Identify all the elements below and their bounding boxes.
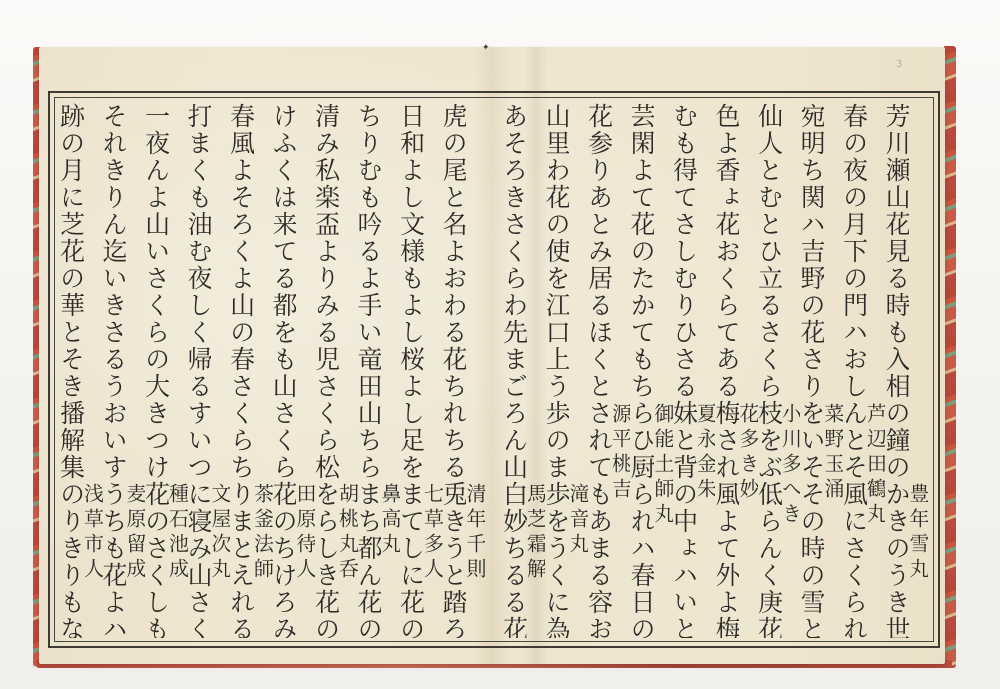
open-book-spread: ✦ 3 豊年雪丸 芳川瀬山花見る時も入相の鐘のかきのうき世ちりりる 芦辺田鶴丸 … — [39, 47, 945, 664]
right-sig-7: 御能土師丸 — [654, 103, 673, 638]
left-sig-10: 浅草市人 — [84, 103, 103, 638]
right-verse-1: 芳川瀬山花見る時も入相の鐘のかきのうき世ちりりる — [885, 103, 909, 638]
right-sig-10: 馬芝霜解 — [527, 103, 546, 638]
left-verse-3: ちりむも吟るよ手い竜田山ちらまち都ん花のちくう雲 — [358, 103, 382, 638]
left-verse-7: 打まくも油む夜しく帰るすいつに寝み山さくらて戸 — [188, 103, 212, 638]
left-verse-4: 清み私楽盃よりみる児さくら松をらしき花の良ろ歩 — [315, 103, 339, 638]
left-verse-2: 日和よし文様もよし桜よし足をまてしに花のこよし野 — [400, 103, 424, 638]
book-scan: ✦ 3 豊年雪丸 芳川瀬山花見る時も入相の鐘のかきのうき世ちりりる 芦辺田鶴丸 … — [0, 0, 1000, 689]
right-verse-6: むも得てさしむりひさる妹と背の中ょハいとふ花の杯ゝくり — [673, 103, 697, 638]
right-verse-4: 仙人とむとひ立るさくら枝をぶ低らんく庚花泉隠とを — [758, 103, 782, 638]
right-sig-8: 源平桃吉 — [612, 103, 631, 638]
right-verse-10: あそろきさくらわ先まごろん山白妙ちるる花の浪まく — [503, 103, 527, 638]
right-verse-9: 山里わ花の使を江口上う歩のま歩をうくに為用 — [545, 103, 569, 638]
left-verse-6: 春風よそろくよ山の春さくらちりまとえれる花の白妙 — [230, 103, 254, 638]
left-verse-9: それきりん迄いきさるうおいすうちも花よハ中りも山玉妹求 — [103, 103, 127, 638]
page-number: 3 — [896, 59, 902, 70]
left-verse-8: 一夜んよ山いさくらの大きつけ花のさくしもとえみり佐保姫 — [145, 103, 169, 638]
right-verse-7: 芸閑よて花のたかてもちらひ厨られハ春日のけくくあのりを — [630, 103, 654, 638]
left-sig-5: 田原待人 — [296, 103, 315, 638]
gutter-space — [485, 103, 503, 638]
left-verse-1: 虎の尾と名よおわる花ちれちる兎きうと踏ろ — [443, 103, 467, 638]
left-sig-1: 清年千則 — [466, 103, 485, 638]
right-sig-6: 夏永金朱 — [697, 103, 716, 638]
right-sig-9: 滝音丸 — [569, 103, 588, 638]
left-sig-8: 種石池成 — [169, 103, 188, 638]
printed-border-frame: 豊年雪丸 芳川瀬山花見る時も入相の鐘のかきのうき世ちりりる 芦辺田鶴丸 春の夜の… — [48, 91, 940, 648]
left-sig-9: 麦原留成 — [126, 103, 145, 638]
left-sig-2: 七草多人 — [424, 103, 443, 638]
text-columns: 豊年雪丸 芳川瀬山花見る時も入相の鐘のかきのうき世ちりりる 芦辺田鶴丸 春の夜の… — [60, 103, 928, 638]
right-sig-1: 豊年雪丸 — [909, 103, 928, 638]
binding-cloth-right — [944, 46, 956, 668]
right-verse-5: 色よ香ょ花おくらてある梅され風よて外よ梅あハあし — [715, 103, 739, 638]
right-sig-3: 菜野玉涌 — [824, 103, 843, 638]
fold-mark-icon: ✦ — [482, 43, 490, 53]
left-sig-6: 茶釜法師 — [254, 103, 273, 638]
right-verse-3: 宛明ち関ハ吉野の花さりをいそその時の雪とみぬらん — [800, 103, 824, 638]
right-sig-4: 小川多へき — [782, 103, 801, 638]
right-sig-2: 芦辺田鶴丸 — [867, 103, 886, 638]
right-verse-8: 花参りあとみ居るほくとされてもあまる容おあく方をなか — [588, 103, 612, 638]
left-verse-5: けふくは来てる都をも山さくら花のちけろみ花の入れ — [273, 103, 297, 638]
right-verse-2: 春の夜の月下の門ハおしんとそ風にさくられ花の櫻戸 — [843, 103, 867, 638]
left-sig-3: 鼻高丸 — [381, 103, 400, 638]
right-sig-5: 花多き妙 — [739, 103, 758, 638]
left-sig-4: 胡桃丸呑 — [339, 103, 358, 638]
left-sig-7: 文屋次丸 — [211, 103, 230, 638]
left-verse-10: 跡の月に芝花の華とそき播解集のりきりもなし — [60, 103, 84, 638]
